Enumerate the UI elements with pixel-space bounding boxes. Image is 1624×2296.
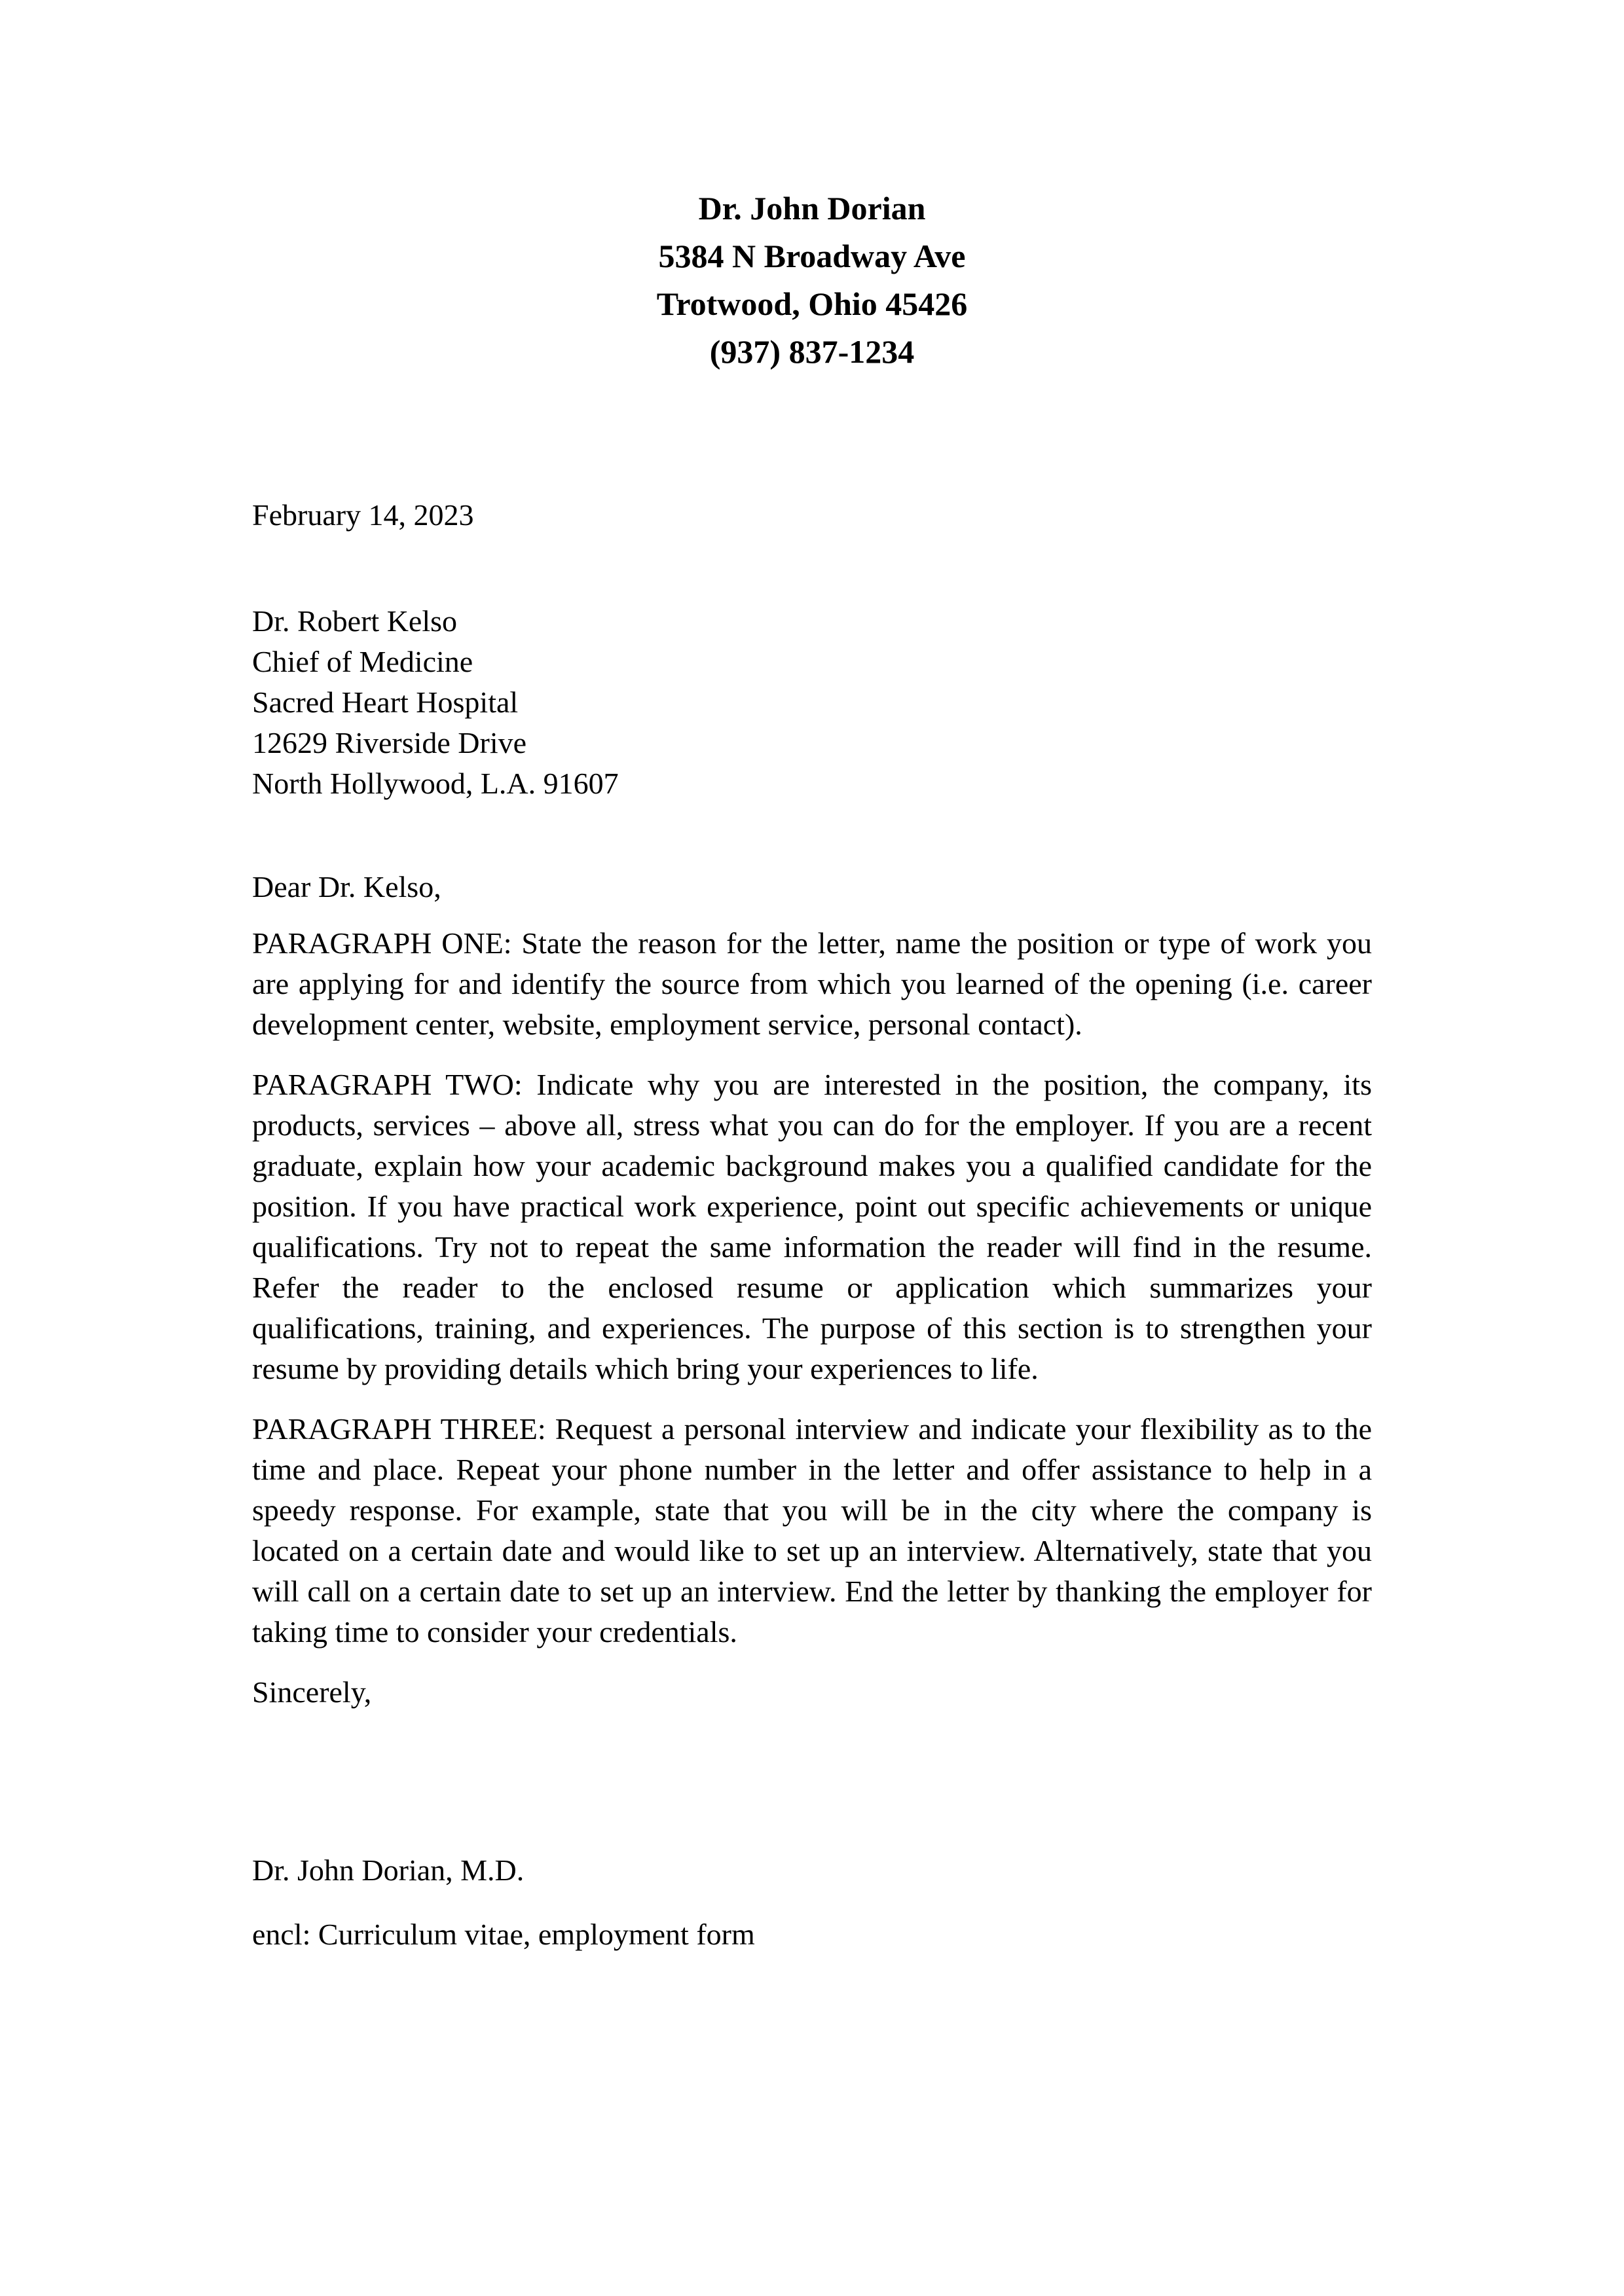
sender-phone: (937) 837-1234	[252, 328, 1372, 376]
recipient-title: Chief of Medicine	[252, 642, 1372, 682]
salutation: Dear Dr. Kelso,	[252, 867, 1372, 907]
recipient-organization: Sacred Heart Hospital	[252, 682, 1372, 723]
recipient-name: Dr. Robert Kelso	[252, 601, 1372, 642]
sender-block: Dr. John Dorian 5384 N Broadway Ave Trot…	[252, 185, 1372, 376]
letter-date: February 14, 2023	[252, 495, 1372, 536]
recipient-address-line2: North Hollywood, L.A. 91607	[252, 763, 1372, 804]
paragraph-two: PARAGRAPH TWO: Indicate why you are inte…	[252, 1065, 1372, 1389]
signature-name: Dr. John Dorian, M.D.	[252, 1850, 1372, 1891]
recipient-address-line1: 12629 Riverside Drive	[252, 723, 1372, 763]
recipient-block: Dr. Robert Kelso Chief of Medicine Sacre…	[252, 601, 1372, 804]
enclosure-line: encl: Curriculum vitae, employment form	[252, 1914, 1372, 1955]
paragraph-one: PARAGRAPH ONE: State the reason for the …	[252, 923, 1372, 1045]
sender-address-line1: 5384 N Broadway Ave	[252, 232, 1372, 280]
sender-address-line2: Trotwood, Ohio 45426	[252, 280, 1372, 328]
closing-valediction: Sincerely,	[252, 1672, 1372, 1713]
sender-name: Dr. John Dorian	[252, 185, 1372, 232]
letter-page: Dr. John Dorian 5384 N Broadway Ave Trot…	[0, 0, 1624, 2296]
paragraph-three: PARAGRAPH THREE: Request a personal inte…	[252, 1409, 1372, 1652]
